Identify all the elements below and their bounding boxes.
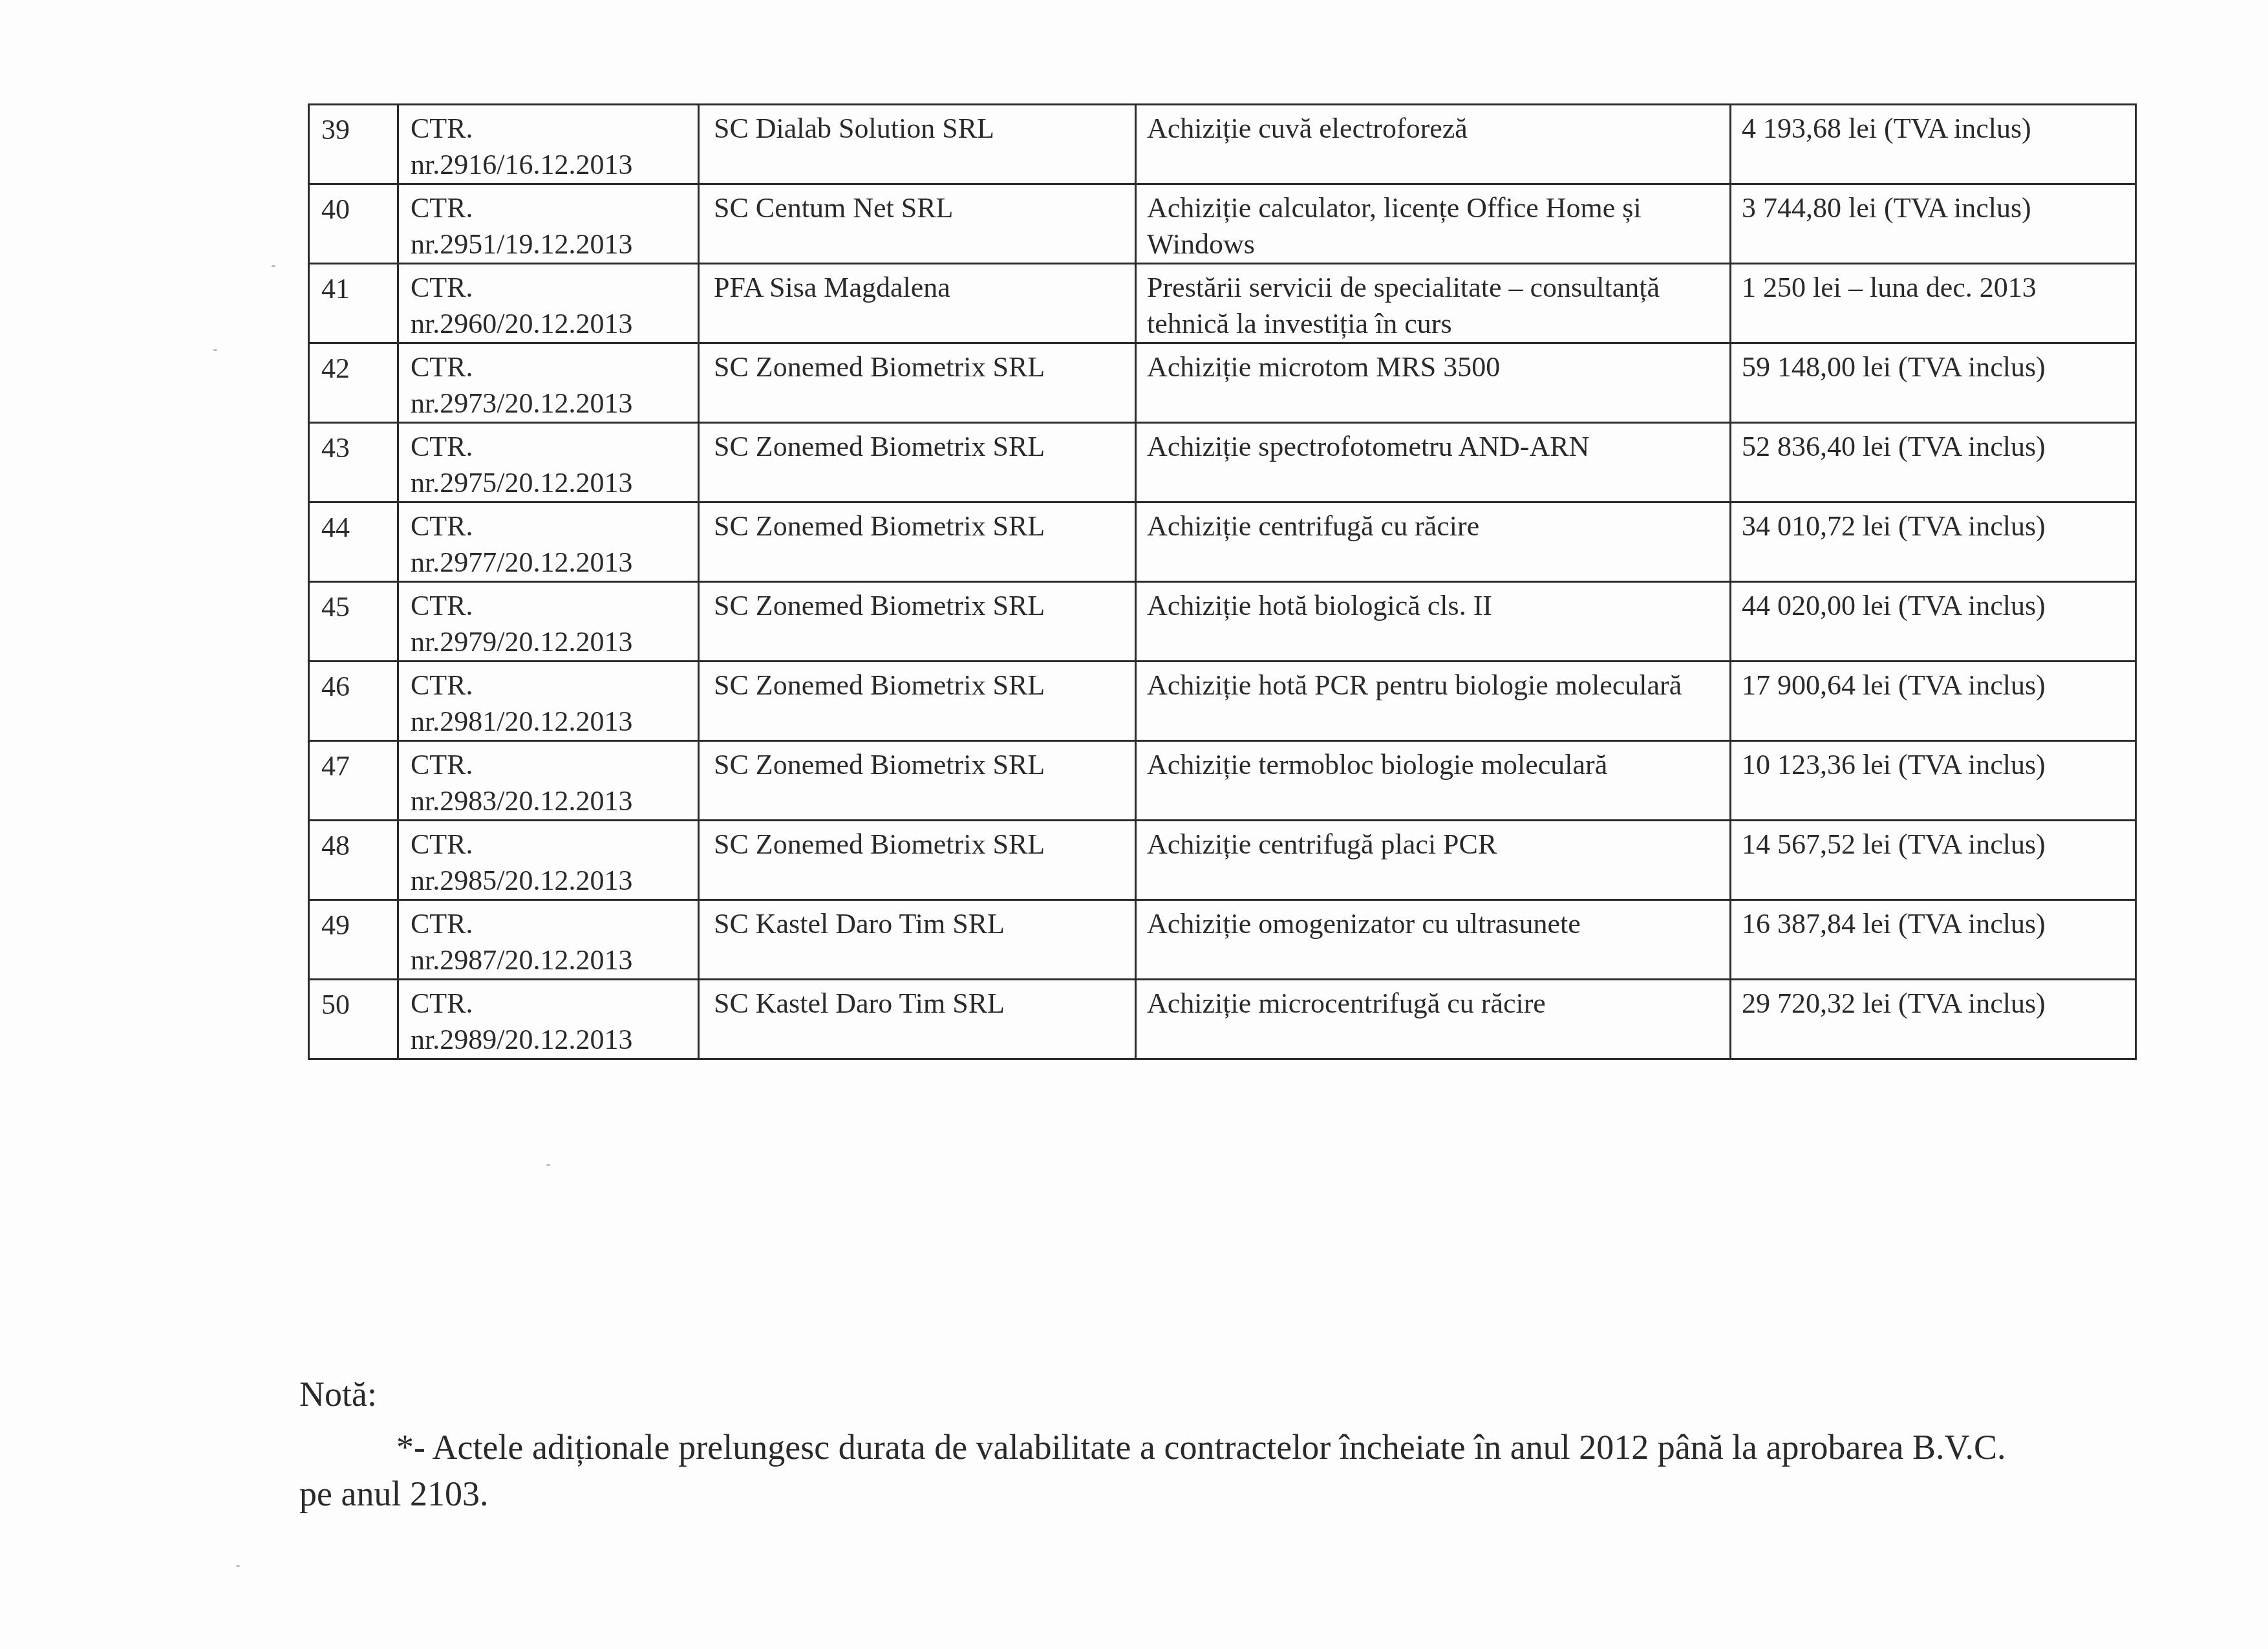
contract-value: 17 900,64 lei (TVA inclus) — [1742, 669, 2046, 701]
contract-value: 59 148,00 lei (TVA inclus) — [1742, 351, 2046, 383]
table-row: 44 CTR. nr.2977/20.12.2013 SC Zonemed Bi… — [309, 502, 2136, 582]
contract-prefix: CTR. — [411, 747, 698, 783]
contract-object: Prestării servicii de specialitate – con… — [1147, 272, 1660, 339]
supplier-cell: SC Zonemed Biometrix SRL — [699, 582, 1136, 662]
table-row: 42 CTR. nr.2973/20.12.2013 SC Zonemed Bi… — [309, 343, 2136, 423]
supplier-name: SC Centum Net SRL — [714, 192, 953, 224]
row-number: 41 — [321, 273, 350, 305]
supplier-cell: SC Kastel Daro Tim SRL — [699, 900, 1136, 980]
row-number: 44 — [321, 512, 350, 543]
supplier-name: SC Zonemed Biometrix SRL — [714, 351, 1045, 383]
row-number-cell: 50 — [309, 980, 398, 1059]
object-cell: Achiziție centrifugă cu răcire — [1136, 502, 1731, 582]
contract-prefix: CTR. — [411, 111, 698, 147]
contract-prefix: CTR. — [411, 588, 698, 624]
table-row: 49 CTR. nr.2987/20.12.2013 SC Kastel Dar… — [309, 900, 2136, 980]
contract-object: Achiziție termobloc biologie moleculară — [1147, 749, 1607, 781]
row-number: 50 — [321, 989, 350, 1020]
object-cell: Achiziție hotă PCR pentru biologie molec… — [1136, 662, 1731, 741]
contract-number: nr.2983/20.12.2013 — [411, 783, 698, 819]
contract-value: 1 250 lei – luna dec. 2013 — [1742, 272, 2037, 303]
value-cell: 17 900,64 lei (TVA inclus) — [1731, 662, 2136, 741]
contract-number: nr.2975/20.12.2013 — [411, 465, 698, 501]
row-number-cell: 47 — [309, 741, 398, 821]
contract-prefix: CTR. — [411, 508, 698, 544]
contract-number: nr.2977/20.12.2013 — [411, 544, 698, 581]
contract-object: Achiziție spectrofotometru AND-ARN — [1147, 431, 1589, 462]
table-row: 41 CTR. nr.2960/20.12.2013 PFA Sisa Magd… — [309, 264, 2136, 343]
contract-cell: CTR. nr.2983/20.12.2013 — [398, 741, 699, 821]
object-cell: Achiziție calculator, licențe Office Hom… — [1136, 184, 1731, 264]
contract-value: 52 836,40 lei (TVA inclus) — [1742, 431, 2046, 462]
contract-number: nr.2979/20.12.2013 — [411, 624, 698, 660]
contract-value: 16 387,84 lei (TVA inclus) — [1742, 908, 2046, 940]
row-number-cell: 42 — [309, 343, 398, 423]
contract-value: 44 020,00 lei (TVA inclus) — [1742, 590, 2046, 621]
object-cell: Achiziție termobloc biologie moleculară — [1136, 741, 1731, 821]
contract-object: Achiziție microcentrifugă cu răcire — [1147, 987, 1546, 1019]
supplier-cell: SC Zonemed Biometrix SRL — [699, 662, 1136, 741]
contract-value: 14 567,52 lei (TVA inclus) — [1742, 828, 2046, 860]
object-cell: Achiziție omogenizator cu ultrasunete — [1136, 900, 1731, 980]
supplier-name: SC Zonemed Biometrix SRL — [714, 510, 1045, 542]
contract-prefix: CTR. — [411, 429, 698, 465]
supplier-cell: SC Centum Net SRL — [699, 184, 1136, 264]
table-row: 48 CTR. nr.2985/20.12.2013 SC Zonemed Bi… — [309, 821, 2136, 900]
supplier-cell: PFA Sisa Magdalena — [699, 264, 1136, 343]
contract-object: Achiziție hotă biologică cls. II — [1147, 590, 1492, 621]
supplier-cell: SC Zonemed Biometrix SRL — [699, 821, 1136, 900]
supplier-cell: SC Dialab Solution SRL — [699, 105, 1136, 184]
supplier-cell: SC Zonemed Biometrix SRL — [699, 343, 1136, 423]
contract-cell: CTR. nr.2977/20.12.2013 — [398, 502, 699, 582]
contracts-table: 39 CTR. nr.2916/16.12.2013 SC Dialab Sol… — [308, 103, 2137, 1060]
row-number: 49 — [321, 909, 350, 941]
supplier-name: SC Zonemed Biometrix SRL — [714, 749, 1045, 781]
contract-number: nr.2981/20.12.2013 — [411, 704, 698, 740]
object-cell: Achiziție microtom MRS 3500 — [1136, 343, 1731, 423]
contract-cell: CTR. nr.2987/20.12.2013 — [398, 900, 699, 980]
contract-object: Achiziție calculator, licențe Office Hom… — [1147, 192, 1642, 260]
supplier-cell: SC Zonemed Biometrix SRL — [699, 741, 1136, 821]
supplier-name: SC Kastel Daro Tim SRL — [714, 908, 1005, 940]
contract-cell: CTR. nr.2973/20.12.2013 — [398, 343, 699, 423]
row-number: 46 — [321, 671, 350, 702]
contract-value: 34 010,72 lei (TVA inclus) — [1742, 510, 2046, 542]
contract-cell: CTR. nr.2975/20.12.2013 — [398, 423, 699, 502]
contract-number: nr.2960/20.12.2013 — [411, 306, 698, 342]
table-row: 47 CTR. nr.2983/20.12.2013 SC Zonemed Bi… — [309, 741, 2136, 821]
note-title: Notă: — [299, 1371, 2045, 1417]
object-cell: Achiziție microcentrifugă cu răcire — [1136, 980, 1731, 1059]
row-number: 43 — [321, 432, 350, 464]
contract-prefix: CTR. — [411, 906, 698, 942]
supplier-name: SC Zonemed Biometrix SRL — [714, 669, 1045, 701]
table-row: 39 CTR. nr.2916/16.12.2013 SC Dialab Sol… — [309, 105, 2136, 184]
row-number: 40 — [321, 193, 350, 225]
supplier-name: SC Dialab Solution SRL — [714, 113, 994, 144]
table-row: 50 CTR. nr.2989/20.12.2013 SC Kastel Dar… — [309, 980, 2136, 1059]
scanned-document-page: 39 CTR. nr.2916/16.12.2013 SC Dialab Sol… — [0, 0, 2268, 1649]
row-number-cell: 45 — [309, 582, 398, 662]
table-row: 43 CTR. nr.2975/20.12.2013 SC Zonemed Bi… — [309, 423, 2136, 502]
row-number-cell: 43 — [309, 423, 398, 502]
contract-cell: CTR. nr.2960/20.12.2013 — [398, 264, 699, 343]
row-number-cell: 48 — [309, 821, 398, 900]
scan-speck — [213, 349, 217, 351]
contract-prefix: CTR. — [411, 349, 698, 385]
table-row: 46 CTR. nr.2981/20.12.2013 SC Zonemed Bi… — [309, 662, 2136, 741]
row-number-cell: 39 — [309, 105, 398, 184]
contract-cell: CTR. nr.2951/19.12.2013 — [398, 184, 699, 264]
contract-prefix: CTR. — [411, 190, 698, 226]
value-cell: 52 836,40 lei (TVA inclus) — [1731, 423, 2136, 502]
contract-prefix: CTR. — [411, 667, 698, 704]
supplier-cell: SC Kastel Daro Tim SRL — [699, 980, 1136, 1059]
row-number-cell: 40 — [309, 184, 398, 264]
object-cell: Achiziție spectrofotometru AND-ARN — [1136, 423, 1731, 502]
contract-cell: CTR. nr.2985/20.12.2013 — [398, 821, 699, 900]
contract-cell: CTR. nr.2989/20.12.2013 — [398, 980, 699, 1059]
value-cell: 10 123,36 lei (TVA inclus) — [1731, 741, 2136, 821]
note-body: *- Actele adiționale prelungesc durata d… — [299, 1424, 2045, 1517]
contract-value: 29 720,32 lei (TVA inclus) — [1742, 987, 2046, 1019]
contract-object: Achiziție centrifugă placi PCR — [1147, 828, 1497, 860]
row-number: 47 — [321, 750, 350, 782]
contract-cell: CTR. nr.2979/20.12.2013 — [398, 582, 699, 662]
supplier-name: SC Zonemed Biometrix SRL — [714, 590, 1045, 621]
object-cell: Achiziție centrifugă placi PCR — [1136, 821, 1731, 900]
supplier-name: SC Kastel Daro Tim SRL — [714, 987, 1005, 1019]
scan-speck — [272, 265, 275, 267]
row-number: 48 — [321, 830, 350, 861]
value-cell: 3 744,80 lei (TVA inclus) — [1731, 184, 2136, 264]
value-cell: 16 387,84 lei (TVA inclus) — [1731, 900, 2136, 980]
supplier-name: PFA Sisa Magdalena — [714, 272, 950, 303]
contract-number: nr.2989/20.12.2013 — [411, 1022, 698, 1058]
contract-number: nr.2985/20.12.2013 — [411, 863, 698, 899]
object-cell: Prestării servicii de specialitate – con… — [1136, 264, 1731, 343]
table-row: 45 CTR. nr.2979/20.12.2013 SC Zonemed Bi… — [309, 582, 2136, 662]
row-number-cell: 44 — [309, 502, 398, 582]
contract-prefix: CTR. — [411, 826, 698, 863]
row-number: 42 — [321, 352, 350, 384]
supplier-cell: SC Zonemed Biometrix SRL — [699, 423, 1136, 502]
row-number: 45 — [321, 591, 350, 623]
contract-object: Achiziție omogenizator cu ultrasunete — [1147, 908, 1581, 940]
value-cell: 59 148,00 lei (TVA inclus) — [1731, 343, 2136, 423]
supplier-name: SC Zonemed Biometrix SRL — [714, 828, 1045, 860]
value-cell: 1 250 lei – luna dec. 2013 — [1731, 264, 2136, 343]
scan-speck — [236, 1565, 240, 1567]
object-cell: Achiziție hotă biologică cls. II — [1136, 582, 1731, 662]
contract-object: Achiziție hotă PCR pentru biologie molec… — [1147, 669, 1682, 701]
row-number-cell: 46 — [309, 662, 398, 741]
row-number: 39 — [321, 114, 350, 145]
value-cell: 29 720,32 lei (TVA inclus) — [1731, 980, 2136, 1059]
row-number-cell: 41 — [309, 264, 398, 343]
object-cell: Achiziție cuvă electroforeză — [1136, 105, 1731, 184]
contract-cell: CTR. nr.2916/16.12.2013 — [398, 105, 699, 184]
contract-object: Achiziție centrifugă cu răcire — [1147, 510, 1479, 542]
contract-value: 4 193,68 lei (TVA inclus) — [1742, 113, 2031, 144]
note-section: Notă: *- Actele adiționale prelungesc du… — [299, 1371, 2045, 1517]
contract-number: nr.2987/20.12.2013 — [411, 942, 698, 978]
contract-value: 10 123,36 lei (TVA inclus) — [1742, 749, 2046, 781]
contract-cell: CTR. nr.2981/20.12.2013 — [398, 662, 699, 741]
contract-value: 3 744,80 lei (TVA inclus) — [1742, 192, 2031, 224]
value-cell: 4 193,68 lei (TVA inclus) — [1731, 105, 2136, 184]
value-cell: 14 567,52 lei (TVA inclus) — [1731, 821, 2136, 900]
contract-prefix: CTR. — [411, 986, 698, 1022]
contract-number: nr.2916/16.12.2013 — [411, 147, 698, 183]
contract-number: nr.2951/19.12.2013 — [411, 226, 698, 263]
contract-prefix: CTR. — [411, 270, 698, 306]
value-cell: 34 010,72 lei (TVA inclus) — [1731, 502, 2136, 582]
scan-speck — [546, 1164, 550, 1166]
supplier-name: SC Zonemed Biometrix SRL — [714, 431, 1045, 462]
value-cell: 44 020,00 lei (TVA inclus) — [1731, 582, 2136, 662]
contract-object: Achiziție cuvă electroforeză — [1147, 113, 1468, 144]
contract-object: Achiziție microtom MRS 3500 — [1147, 351, 1500, 383]
row-number-cell: 49 — [309, 900, 398, 980]
supplier-cell: SC Zonemed Biometrix SRL — [699, 502, 1136, 582]
table-row: 40 CTR. nr.2951/19.12.2013 SC Centum Net… — [309, 184, 2136, 264]
contract-number: nr.2973/20.12.2013 — [411, 385, 698, 422]
contracts-table-body: 39 CTR. nr.2916/16.12.2013 SC Dialab Sol… — [309, 105, 2136, 1059]
